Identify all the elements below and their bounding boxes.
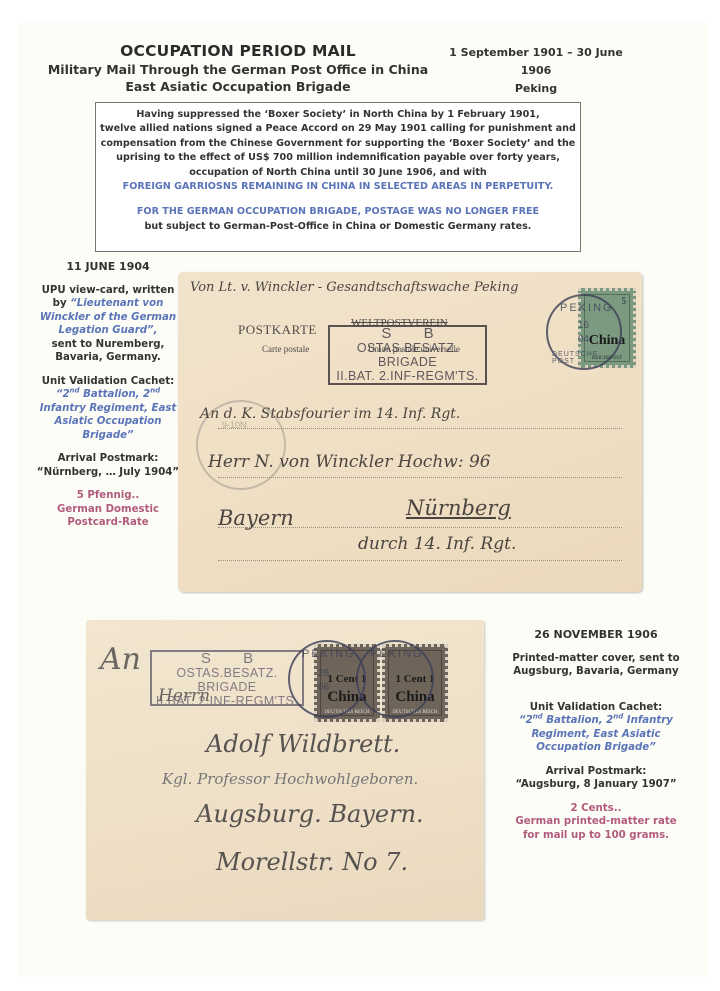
item2-date: 26 NOVEMBER 1906 [506,628,686,642]
page-subtitle: Military Mail Through the German Post Of… [18,61,458,78]
cachet-line-2: II.BAT. 2.INF-REGM'TS. [330,369,485,383]
ordinal-suffix: nd [533,713,543,721]
item1-arrival-text: “Nürnberg, … July 1904” [33,466,183,480]
printed-subtitle: Carte postale [262,344,309,354]
page-subtitle-2: East Asiatic Occupation Brigade [18,78,458,95]
intro-box: Having suppressed the ‘Boxer Society’ in… [95,102,581,252]
item2-arrival: Arrival Postmark: “Augsburg, 8 January 1… [506,765,686,792]
postmark-day: 16 [578,320,589,331]
unit-cachet: S B OSTAS.BESATZ. BRIGADE II.BAT. 2.INF-… [150,650,304,706]
cover-image: An Herrn S B OSTAS.BESATZ. BRIGADE II.BA… [86,620,484,920]
intro-line: occupation of North China until 30 June … [96,166,580,180]
address-rule [218,477,622,478]
intro-highlight: FOREIGN GARRIOSNS REMAINING IN CHINA IN … [96,180,580,194]
cachet-line-2: II.BAT. 2.INF-REGM'TS. [152,694,302,708]
location: Peking [436,80,636,98]
address-region: Bayern [218,506,294,530]
salutation: An [100,642,141,677]
postmark-city: PEKING [560,302,614,314]
item2-rate: 2 Cents.. German printed-matter rate for… [506,802,686,843]
postmark-city: PEKING [370,648,424,660]
period-info: 1 September 1901 – 30 June 1906 Peking [436,44,636,98]
spacer [96,194,580,205]
item1-rate-value: 5 Pfennig.. [33,489,183,503]
address-line: Adolf Wildbrett. [206,730,400,758]
cachet-text-part: “2 [56,389,70,400]
cachet-text-part: Battalion, 2 [543,715,614,726]
intro-highlight-2: FOR THE GERMAN OCCUPATION BRIGADE, POSTA… [96,205,580,219]
item1-cachet-text: “2nd Battalion, 2nd Infantry Regiment, E… [33,388,183,442]
item1-arrival-label: Arrival Postmark: [33,452,183,466]
item2-cachet-text: “2nd Battalion, 2nd Infantry Regiment, E… [506,714,686,755]
peking-postmark: PEKING 16 04 DEUTSCHE POST [546,294,622,370]
cachet-text-part: Battalion, 2 [80,389,151,400]
address-line: Morellstr. No 7. [216,848,408,876]
item2-arrival-text: “Augsburg, 8 January 1907” [506,778,686,792]
ordinal-suffix: nd [613,713,623,721]
item1-arrival: Arrival Postmark: “Nürnberg, … July 1904… [33,452,183,479]
item1-date: 11 JUNE 1904 [33,260,183,274]
postmark-line: DEUTSCHE POST [552,351,620,365]
postmark-city: PEKING [302,648,356,660]
intro-line: twelve allied nations signed a Peace Acc… [96,122,580,136]
item2-rate-value: 2 Cents.. [506,802,686,816]
ordinal-suffix: nd [70,387,80,395]
page-header: OCCUPATION PERIOD MAIL Military Mail Thr… [18,42,458,95]
cachet-text-part: “2 [519,715,533,726]
cachet-text-part: Infantry Regiment, East Asiatic Occupati… [40,403,177,441]
cachet-sb: S B [152,652,302,666]
item1-description: 11 JUNE 1904 UPU view-card, written by “… [33,260,183,530]
item2-description: 26 NOVEMBER 1906 Printed-matter cover, s… [506,628,686,842]
item1-destination: sent to Nuremberg, Bavaria, Germany. [33,338,183,365]
item1-rate: 5 Pfennig.. German Domestic Postcard-Rat… [33,489,183,530]
address-line: Kgl. Professor Hochwohlgeboren. [162,770,418,788]
item2-arrival-label: Arrival Postmark: [506,765,686,779]
item2-cachet: Unit Validation Cachet: “2nd Battalion, … [506,701,686,755]
address-line: Augsburg. Bayern. [196,800,424,828]
peking-postmark: PEKING [356,640,434,718]
peking-postmark: PEKING 26 06 [288,640,366,718]
address-city: Nürnberg [406,496,511,520]
item1-cachet: Unit Validation Cachet: “2nd Battalion, … [33,375,183,443]
cachet-line-1: OSTAS.BESATZ. BRIGADE [330,341,485,369]
intro-line: Having suppressed the ‘Boxer Society’ in… [96,108,580,122]
postmark-day: 26 [318,668,329,679]
item1-type: UPU view-card, written by “Lieutenant vo… [33,284,183,365]
postcard-image: Von Lt. v. Winckler - Gesandtschaftswach… [178,272,642,592]
address-line: An d. K. Stabsfourier im 14. Inf. Rgt. [200,406,460,422]
intro-closing: but subject to German-Post-Office in Chi… [96,220,580,234]
cachet-sb: S B [330,327,485,341]
sender-line: Von Lt. v. Winckler - Gesandtschaftswach… [190,280,518,295]
item1-cachet-label: Unit Validation Cachet: [33,375,183,389]
address-line: durch 14. Inf. Rgt. [358,534,516,554]
intro-line: compensation from the Chinese Government… [96,137,580,151]
item2-rate-desc: German printed-matter rate for mail up t… [506,815,686,842]
item2-type: Printed-matter cover, sent to Augsburg, … [506,652,686,679]
page-title: OCCUPATION PERIOD MAIL [18,42,458,61]
ordinal-suffix: nd [150,387,160,395]
address-rule [218,428,622,429]
item1-rate-desc: German Domestic Postcard-Rate [33,503,183,530]
postmark-year: 06 [318,682,329,693]
unit-cachet: S B OSTAS.BESATZ. BRIGADE II.BAT. 2.INF-… [328,325,487,385]
printed-title: POSTKARTE [238,322,317,338]
intro-line: uprising to the effect of US$ 700 millio… [96,151,580,165]
address-line: Herr N. von Winckler Hochw: 96 [208,452,491,472]
postmark-year: 04 [578,334,589,345]
address-rule [218,560,622,561]
stamp-value: 5 [622,296,627,306]
cachet-line-1: OSTAS.BESATZ. BRIGADE [152,666,302,694]
exhibit-page: OCCUPATION PERIOD MAIL Military Mail Thr… [18,22,708,977]
date-range: 1 September 1901 – 30 June 1906 [436,44,636,80]
